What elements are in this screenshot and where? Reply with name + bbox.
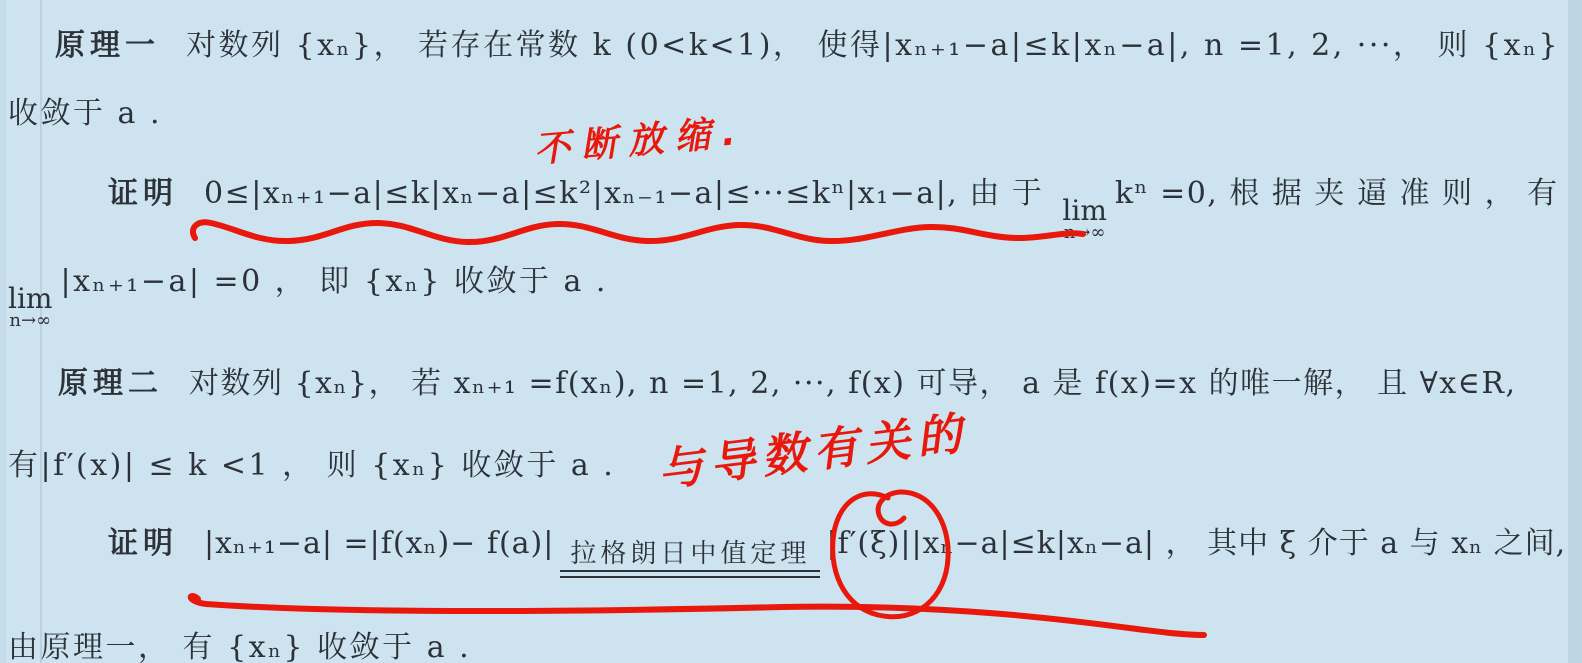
red-wavy-underline — [185, 208, 1090, 253]
proof2-equation-right: |xₙ−a|≤k|xₙ−a| ， 其中 ξ 介于 a 与 xₙ 之间, — [911, 526, 1566, 561]
principle2-label: 原理二 — [58, 366, 163, 401]
proof1-mid-text: 由 于 — [969, 176, 1043, 211]
proof1-label: 证明 — [108, 176, 178, 211]
principle2-line2: 有|f′(x)| ≤ k <1 ， 则 {xₙ} 收敛于 a . — [8, 440, 615, 484]
principle1-cont: 收敛于 a . — [8, 96, 162, 131]
handwritten-note-1: 不断放缩. — [532, 104, 748, 173]
red-underline — [182, 585, 1227, 650]
proof2-label: 证明 — [108, 526, 178, 561]
principle1-line2: 收敛于 a . — [8, 88, 162, 132]
annotated-equals: 拉格朗日中值定理 — [560, 539, 820, 578]
principle2-line1: 原理二对数列 {xₙ}， 若 xₙ₊₁ =f(xₙ), n =1, 2, ···… — [58, 358, 1517, 402]
principle2-text: 对数列 {xₙ}， 若 xₙ₊₁ =f(xₙ), n =1, 2, ···, f… — [189, 366, 1517, 401]
principle1-label: 原理一 — [55, 28, 160, 63]
principle1-line1: 原理一对数列 {xₙ}， 若存在常数 k (0<k<1)， 使得|xₙ₊₁−a|… — [55, 20, 1560, 64]
double-equals-rule — [560, 570, 820, 578]
scanned-textbook-page: 原理一对数列 {xₙ}， 若存在常数 k (0<k<1)， 使得|xₙ₊₁−a|… — [0, 0, 1582, 663]
proof1-inequality-chain: 0≤|xₙ₊₁−a|≤k|xₙ−a|≤k²|xₙ₋₁−a|≤···≤kⁿ|x₁−… — [204, 176, 958, 211]
principle2-cont: 有|f′(x)| ≤ k <1 ， 则 {xₙ} 收敛于 a . — [8, 448, 615, 483]
proof1-conclusion: |xₙ₊₁−a| =0 ， 即 {xₙ} 收敛于 a . — [60, 264, 607, 299]
proof2-equation-left: |xₙ₊₁−a| =|f(xₙ)− f(a)| — [204, 526, 554, 561]
lim-subscript: n→∞ — [9, 312, 51, 330]
lagrange-theorem-label: 拉格朗日中值定理 — [560, 539, 820, 570]
lim-operator: lim — [8, 285, 52, 313]
principle1-text: 对数列 {xₙ}， 若存在常数 k (0<k<1)， 使得|xₙ₊₁−a|≤k|… — [186, 28, 1560, 63]
proof1-line2: limn→∞|xₙ₊₁−a| =0 ， 即 {xₙ} 收敛于 a . — [8, 256, 608, 330]
proof1-tail-text: kⁿ =0, 根 据 夹 逼 准 则 ， 有 — [1115, 176, 1559, 211]
limit-stack: limn→∞ — [8, 285, 52, 330]
